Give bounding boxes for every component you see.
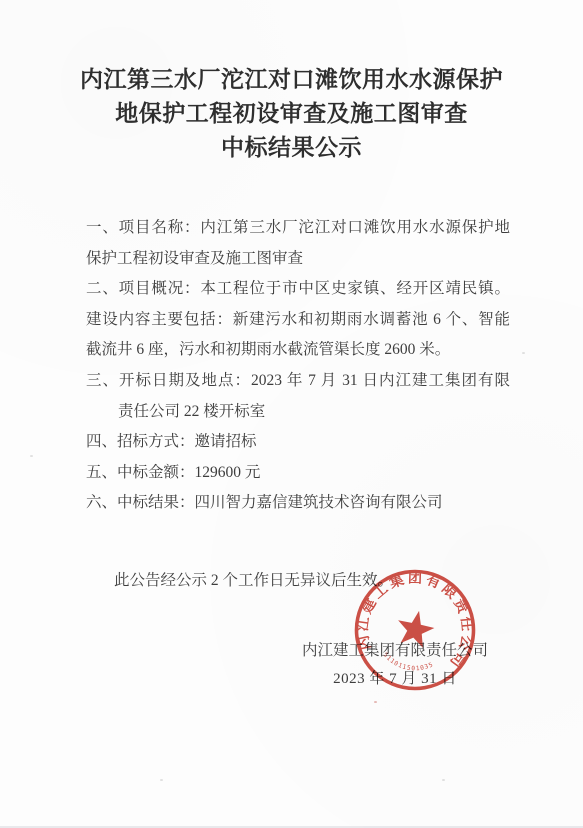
body-line-bid-amount: 五、中标金额：129600 元: [86, 458, 510, 489]
document-body: 一、项目名称：内江第三水厂沱江对口滩饮用水水源保护地 保护工程初设审查及施工图审…: [86, 213, 510, 519]
scanned-document-page: 内江第三水厂沱江对口滩饮用水水源保护 地保护工程初设审查及施工图审查 中标结果公…: [0, 0, 583, 828]
signature-company: 内江建工集团有限责任公司: [291, 636, 499, 665]
signature-block: 内江建工集团有限责任公司 2023 年 7 月 31 日: [291, 636, 499, 694]
closing-statement: 此公告经公示 2 个工作日无异议后生效。: [86, 566, 526, 596]
body-line-project-name: 一、项目名称：内江第三水厂沱江对口滩饮用水水源保护地: [86, 213, 510, 244]
signature-date: 2023 年 7 月 31 日: [291, 665, 499, 694]
title-line-3: 中标结果公示: [0, 130, 583, 164]
title-line-2: 地保护工程初设审查及施工图审查: [0, 96, 583, 130]
body-line-overview: 二、项目概况：本工程位于市中区史家镇、经开区靖民镇。: [86, 274, 510, 305]
title-line-1: 内江第三水厂沱江对口滩饮用水水源保护: [0, 62, 583, 96]
body-line-bid-result: 六、中标结果：四川智力嘉信建筑技术咨询有限公司: [86, 488, 510, 519]
body-line-bid-date-cont: 责任公司 22 楼开标室: [86, 397, 510, 428]
scan-speck: [160, 779, 163, 781]
scan-speck: [522, 352, 525, 354]
body-line-bid-method: 四、招标方式：邀请招标: [86, 427, 510, 458]
body-line-overview-cont1: 建设内容主要包括：新建污水和初期雨水调蓄池 6 个、智能: [86, 305, 510, 336]
document-title: 内江第三水厂沱江对口滩饮用水水源保护 地保护工程初设审查及施工图审查 中标结果公…: [0, 62, 583, 164]
body-line-project-name-cont: 保护工程初设审查及施工图审查: [86, 244, 510, 275]
body-line-bid-date: 三、开标日期及地点：2023 年 7 月 31 日内江建工集团有限: [86, 366, 510, 397]
seal-ink-speck: [374, 701, 377, 703]
scan-speck: [30, 455, 33, 457]
body-line-overview-cont2: 截流井 6 座，污水和初期雨水截流管渠长度 2600 米。: [86, 335, 510, 366]
scan-speck: [442, 779, 445, 781]
